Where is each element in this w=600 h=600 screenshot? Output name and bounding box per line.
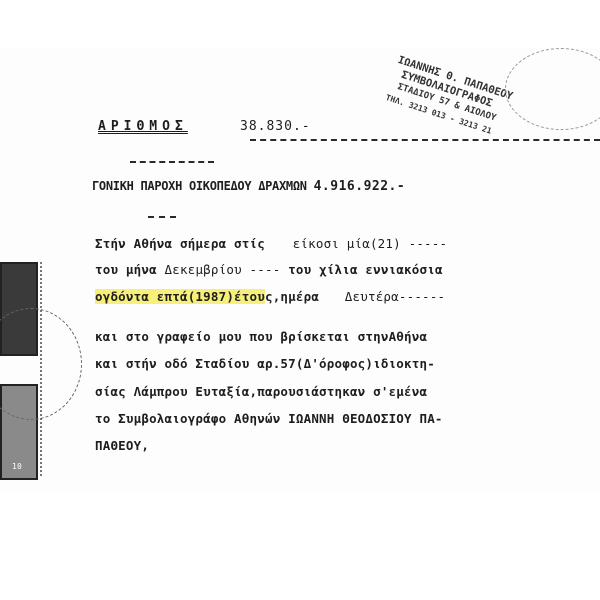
body-line-5: και στήν οδό Σταδίου αρ.57(Δ'όροφος)ιδιο… [95,356,435,371]
document-title: ΓΟΝΙΚΗ ΠΑΡΟΧΗ ΟΙΚΟΠΕΔΟΥ ΔΡΑΧΜΩΝ 4.916.92… [92,179,405,194]
short-rule-top [130,161,214,163]
body-text: του χίλια εννιακόσια [288,262,443,277]
left-stamp-value: 10 [12,462,22,471]
body-text: του μήνα [95,262,157,277]
body-line-3: ογδόντα επτά(1987)έτους,ημέρα Δευτέρα---… [95,289,445,304]
body-line-4: και στο γραφείο μου που βρίσκεται στηνΑθ… [95,329,427,344]
body-text: Στήν Αθήνα σήμερα στίς [95,236,265,251]
body-text: ς,ημέρα [265,289,319,304]
highlighted-date-text: ογδόντα επτά(1987)έτου [95,289,265,304]
document-number-label: ΑΡΙΘΜΟΣ [98,119,188,134]
body-line-7: το Συμβολαιογράφο Αθηνών ΙΩΑΝΝΗ ΘΕΟΔΟΣΙΟ… [95,411,443,426]
body-line-1: Στήν Αθήνα σήμερα στίς είκοσι μία(21) --… [95,236,447,251]
body-line-6: σίας Λάμπρου Ευταξία,παρουσιάστηκαν σ'εμ… [95,384,427,399]
body-line-2: του μήνα Δεκεμβρίου ---- του χίλια εννια… [95,262,443,277]
body-fill: είκοσι μία(21) ----- [293,236,448,251]
heading-underline-rule [250,139,600,141]
title-amount: 4.916.922.- [314,179,406,194]
title-text: ΓΟΝΙΚΗ ΠΑΡΟΧΗ ΟΙΚΟΠΕΔΟΥ ΔΡΑΧΜΩΝ [92,179,307,193]
document-number: 38.830.- [240,119,311,134]
body-fill: Δεκεμβρίου ---- [165,262,281,277]
body-fill: Δευτέρα------ [345,289,445,304]
short-rule-bottom [148,216,176,218]
body-line-8: ΠΑΘΕΟΥ, [95,438,149,453]
